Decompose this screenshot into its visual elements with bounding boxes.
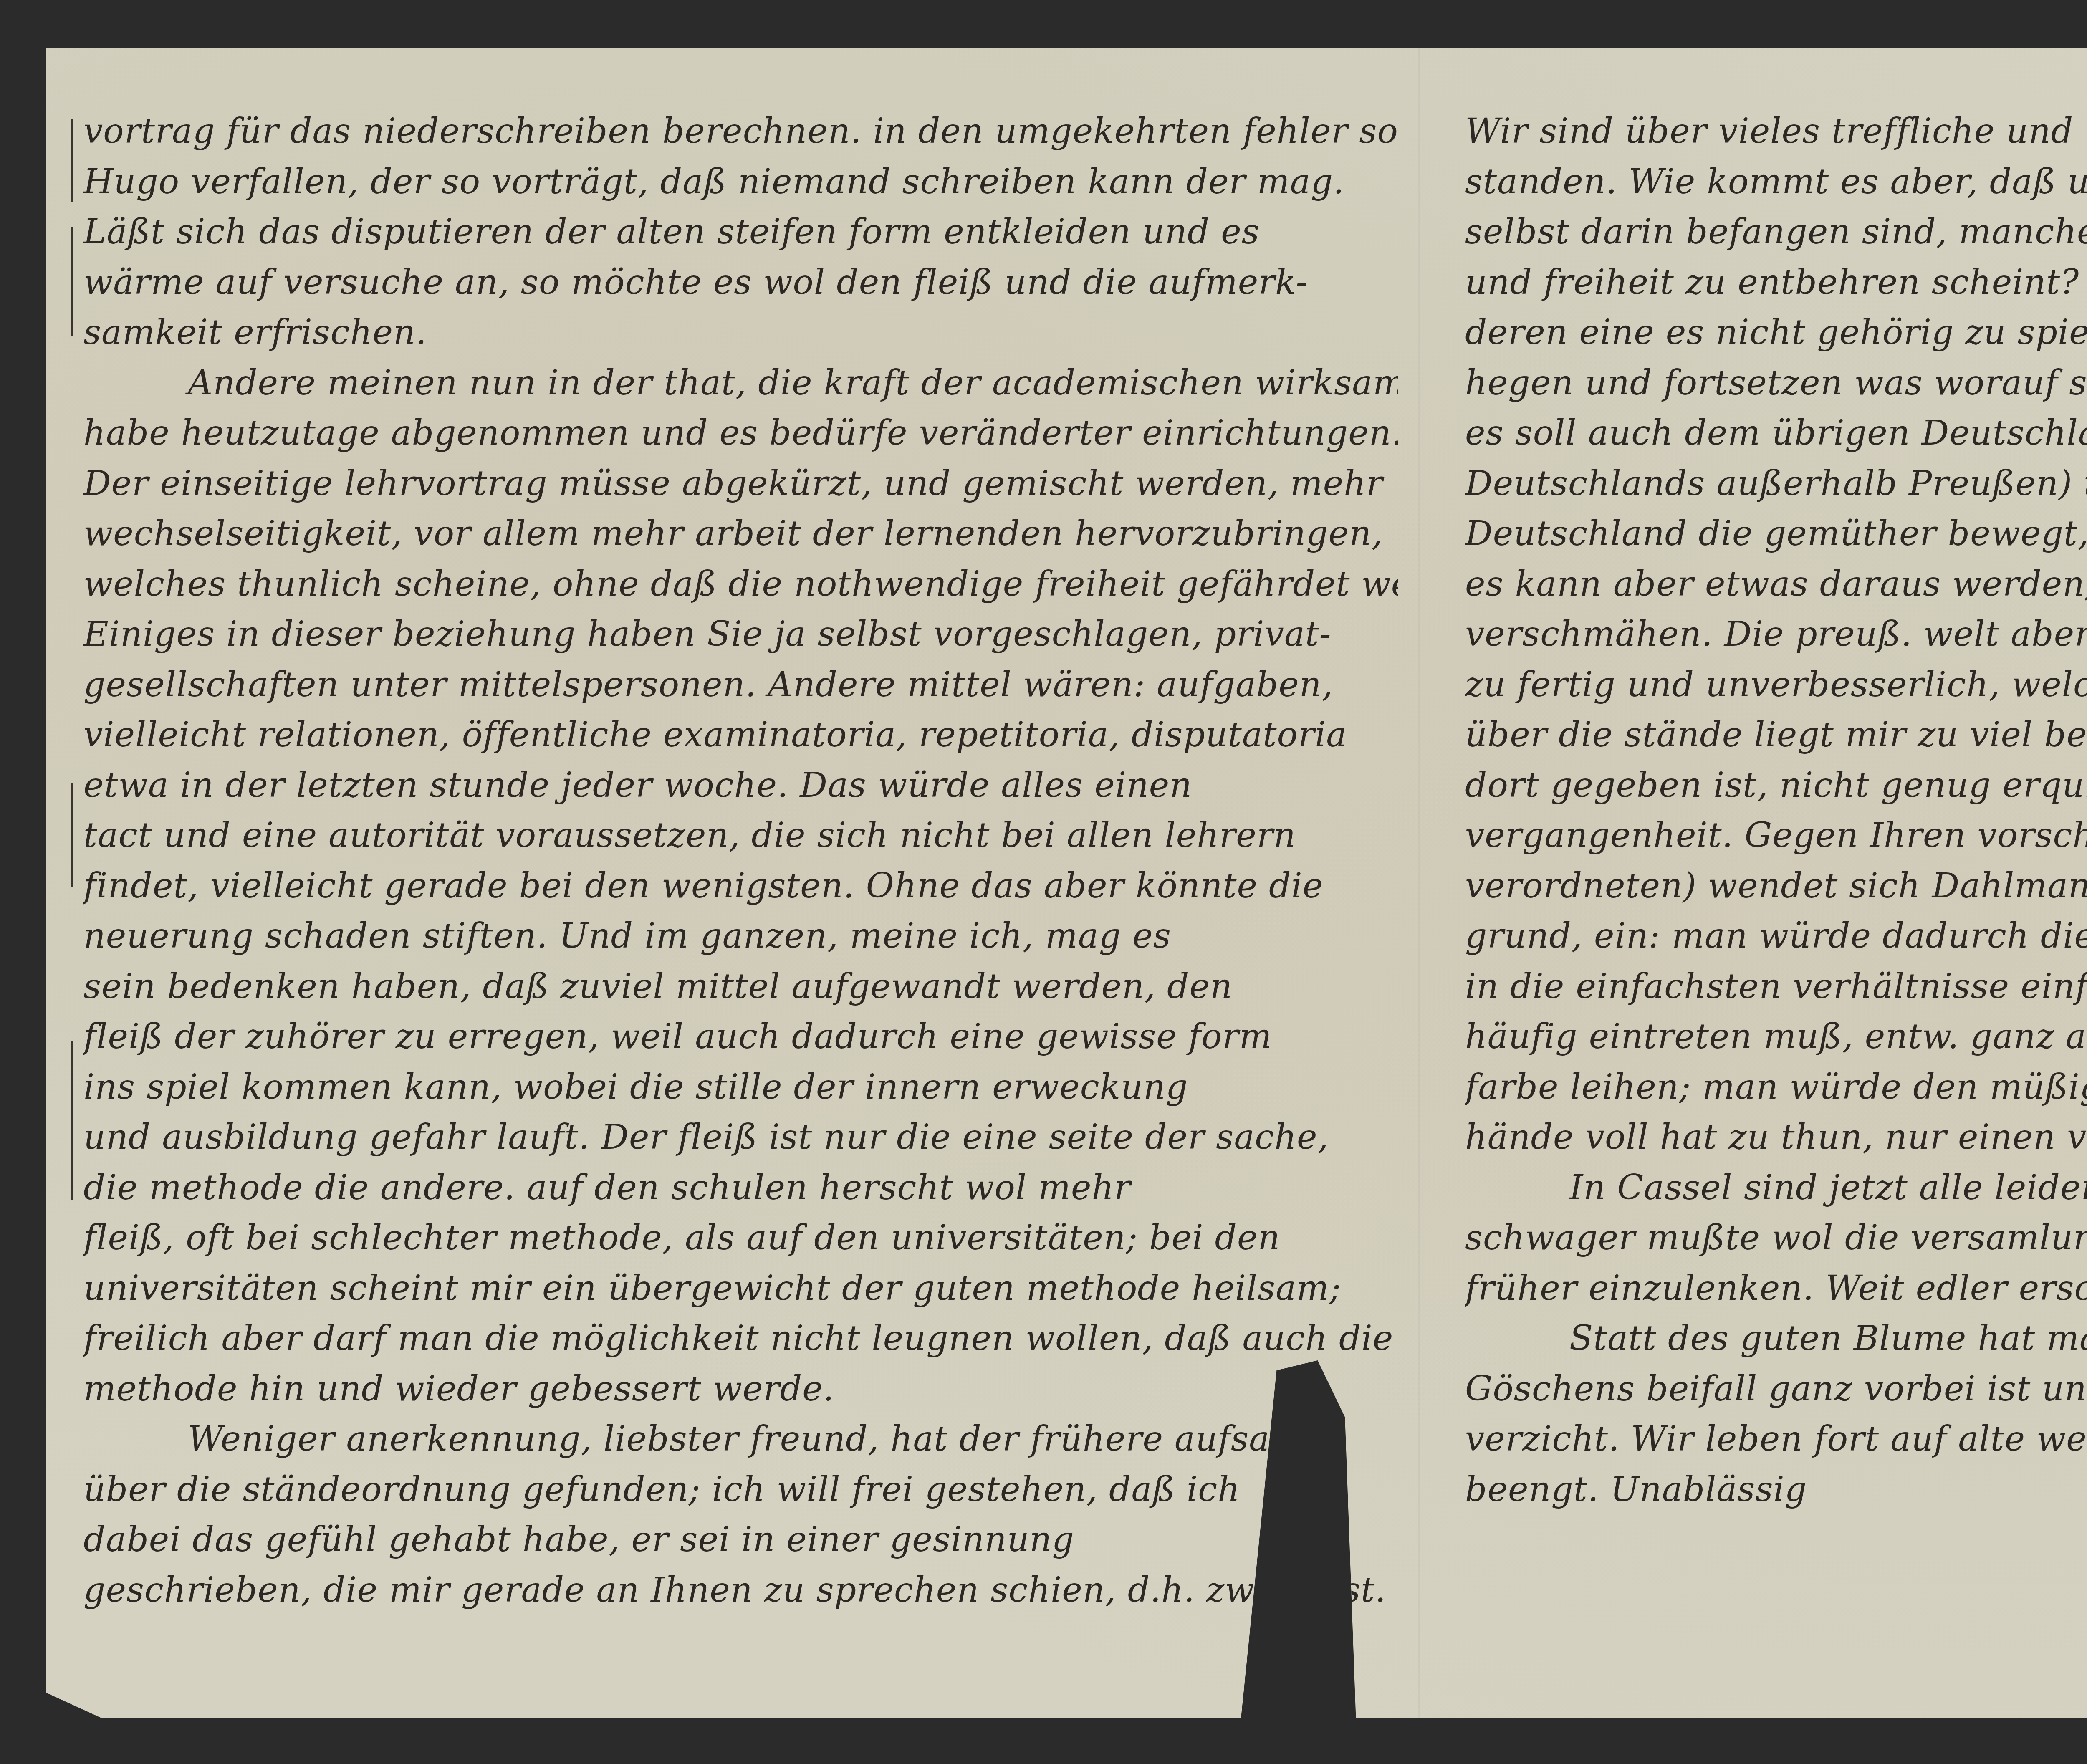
text-line: Wir sind über vieles treffliche und wolt… [1465, 106, 2087, 157]
text-line: wechselseitigkeit, vor allem mehr arbeit… [83, 509, 1398, 559]
text-line: standen. Wie kommt es aber, daß uns, wen… [1465, 157, 2087, 207]
text-line: schwager mußte wol die versamlung auflös… [1465, 1213, 2087, 1264]
text-line: vergangenheit. Gegen Ihren vorschlag (öf… [1465, 811, 2087, 861]
text-line: methode hin und wieder gebessert werde. [83, 1364, 1398, 1415]
text-line: etwa in der letzten stunde jeder woche. … [83, 761, 1398, 811]
paragraph-start-line: Weniger anerkennung, liebster freund, ha… [83, 1414, 1398, 1465]
text-line: vortrag für das niederschreiben berechne… [83, 106, 1398, 157]
text-line: hände voll hat zu thun, nur einen vorwan… [1465, 1112, 2087, 1163]
paragraph-start-line: Andere meinen nun in der that, die kraft… [83, 358, 1398, 409]
text-line: verschmähen. Die preuß. welt aber stellt… [1465, 609, 2087, 660]
text-line: geschrieben, die mir gerade an Ihnen zu … [83, 1565, 1398, 1616]
text-line: Hugo verfallen, der so vorträgt, daß nie… [83, 157, 1398, 207]
text-line: Der einseitige lehrvortrag müsse abgekür… [83, 459, 1398, 509]
text-line: über die stände liegt mir zu viel beruhi… [1465, 710, 2087, 761]
text-line: beengt. Unablässig [1465, 1465, 2087, 1515]
text-line: Deutschland die gemüther bewegt, ist zum… [1465, 509, 2087, 559]
text-line: vielleicht relationen, öffentliche exami… [83, 710, 1398, 761]
paragraph-start-line: In Cassel sind jetzt alle leidenschaften… [1465, 1163, 2087, 1213]
text-line: ins spiel kommen kann, wobei die stille … [83, 1062, 1398, 1113]
paragraph-start-line: Statt des guten Blume hat man nun Mühlen… [1465, 1314, 2087, 1364]
right-page: Wir sind über vieles treffliche und wolt… [1465, 106, 2087, 1515]
text-line: fleiß der zuhörer zu erregen, weil auch … [83, 1012, 1398, 1062]
text-line: welches thunlich scheine, ohne daß die n… [83, 559, 1398, 610]
text-line: hegen und fortsetzen was worauf seine ei… [1465, 358, 2087, 409]
text-line: die methode die andere. auf den schulen … [83, 1163, 1398, 1213]
text-line: wärme auf versuche an, so möchte es wol … [83, 258, 1398, 308]
text-line: universitäten scheint mir ein übergewich… [83, 1264, 1398, 1314]
text-line: selbst darin befangen sind, manches bede… [1465, 207, 2087, 258]
text-line: dort gegeben ist, nicht genug erquickend… [1465, 761, 2087, 811]
text-line: Einiges in dieser beziehung haben Sie ja… [83, 609, 1398, 660]
text-line: Deutschlands außerhalb Preußen) trost un… [1465, 459, 2087, 509]
text-line: es kann aber etwas daraus werden; man so… [1465, 559, 2087, 610]
margin-mark [71, 1041, 73, 1200]
text-line: früher einzulenken. Weit edler erscheine… [1465, 1264, 2087, 1314]
text-line: verordneten) wendet sich Dahlmann in ein… [1465, 861, 2087, 912]
margin-mark [71, 227, 73, 336]
text-line: in die einfachsten verhältnisse einführe… [1465, 962, 2087, 1012]
text-line: und freiheit zu entbehren scheint? Preuß… [1465, 258, 2087, 308]
margin-mark [71, 783, 73, 887]
text-line: habe heutzutage abgenommen und es bedürf… [83, 408, 1398, 459]
text-line: tact und eine autorität voraussetzen, di… [83, 811, 1398, 861]
text-line: es soll auch dem übrigen Deutschland (un… [1465, 408, 2087, 459]
text-line: verzicht. Wir leben fort auf alte weise,… [1465, 1414, 2087, 1465]
text-line: neuerung schaden stiften. Und im ganzen,… [83, 911, 1398, 962]
margin-mark [71, 119, 73, 202]
text-line: gesellschaften unter mittelspersonen. An… [83, 660, 1398, 710]
text-line: Göschens beifall ganz vorbei ist und Rib… [1465, 1364, 2087, 1415]
center-fold [1418, 48, 1420, 1718]
text-line: Läßt sich das disputieren der alten stei… [83, 207, 1398, 258]
text-line: sein bedenken haben, daß zuviel mittel a… [83, 962, 1398, 1012]
text-line: über die ständeordnung gefunden; ich wil… [83, 1465, 1398, 1515]
text-line: farbe leihen; man würde den müßiggängern… [1465, 1062, 2087, 1113]
left-page: vortrag für das niederschreiben berechne… [83, 106, 1398, 1615]
text-line: zu fertig und unverbesserlich, welches o… [1465, 660, 2087, 710]
text-line: dabei das gefühl gehabt habe, er sei in … [83, 1515, 1398, 1565]
text-line: fleiß, oft bei schlechter methode, als a… [83, 1213, 1398, 1264]
text-line: freilich aber darf man die möglichkeit n… [83, 1314, 1398, 1364]
text-line: und ausbildung gefahr lauft. Der fleiß i… [83, 1112, 1398, 1163]
text-line: samkeit erfrischen. [83, 308, 1398, 358]
text-line: grund, ein: man würde dadurch die eitelk… [1465, 911, 2087, 962]
text-line: deren eine es nicht gehörig zu spielen v… [1465, 308, 2087, 358]
letter-sheet: vortrag für das niederschreiben berechne… [46, 48, 2087, 1718]
text-line: findet, vielleicht gerade bei den wenigs… [83, 861, 1398, 912]
text-line: häufig eintreten muß, entw. ganz ausschl… [1465, 1012, 2087, 1062]
